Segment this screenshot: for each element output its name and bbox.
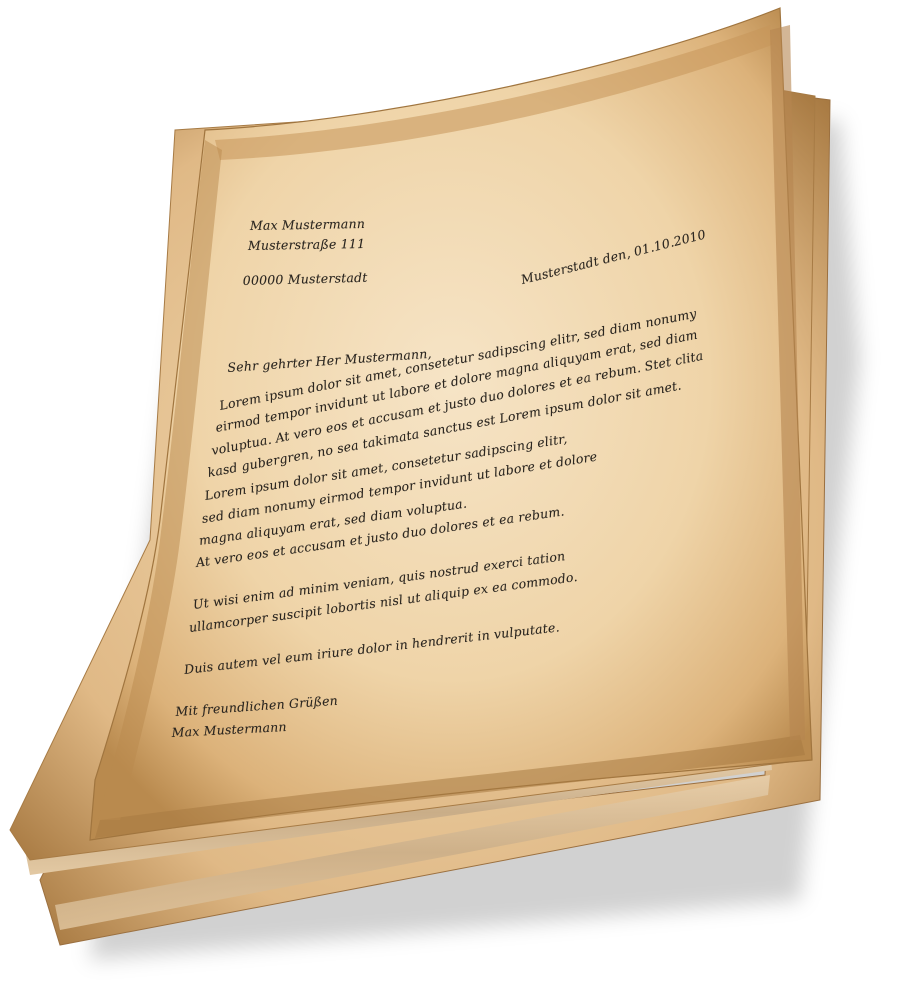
product-photo: Max Mustermann Musterstraße 111 00000 Mu…: [0, 0, 907, 982]
paper-stack-illustration: [0, 0, 907, 982]
